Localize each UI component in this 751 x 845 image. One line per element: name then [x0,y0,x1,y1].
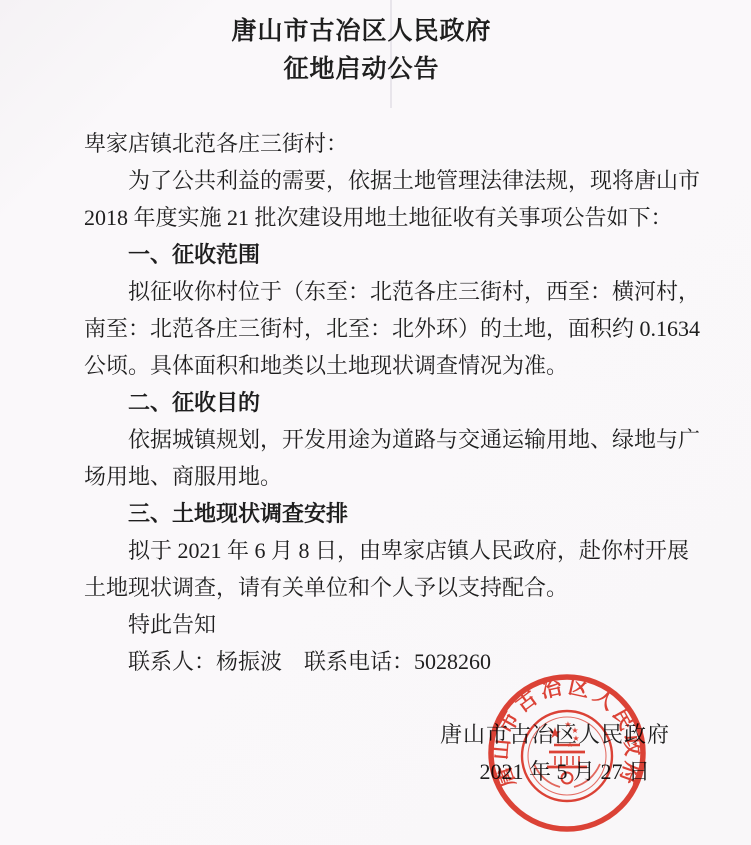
official-seal: ★ ★ ★ ★ ★ 唐山市古冶区人民政府 [482,668,652,838]
doc-line: 二、征收目的 [84,384,665,421]
emblem-big-star: ★ [548,724,561,742]
doc-line: 特此告知 [84,606,665,643]
doc-line: 依据城镇规划，开发用途为道路与交通运输用地、绿地与广 [84,421,665,458]
doc-line: 南至：北范各庄三街村，北至：北外环）的土地，面积约 0.1634 [84,310,665,347]
document-title: 唐山市古冶区人民政府 征地启动公告 [0,0,737,89]
document-page: 唐山市古冶区人民政府 征地启动公告 卑家店镇北范各庄三街村：为了公共利益的需要，… [0,0,751,845]
doc-line: 三、土地现状调查安排 [84,495,665,532]
doc-line: 一、征收范围 [84,236,665,273]
emblem-gate [534,745,600,787]
doc-line: 土地现状调查，请有关单位和个人予以支持配合。 [84,569,665,606]
emblem-small-star-3: ★ [572,734,579,743]
doc-line: 2018 年度实施 21 批次建设用地土地征收有关事项公告如下： [84,199,665,236]
emblem-small-star-4: ★ [567,741,573,749]
title-line-1: 唐山市古冶区人民政府 [0,13,737,51]
title-line-2: 征地启动公告 [0,51,737,89]
doc-line: 公顷。具体面积和地类以土地现状调查情况为准。 [84,347,665,384]
doc-line: 拟于 2021 年 6 月 8 日，由卑家店镇人民政府，赴你村开展 [84,532,665,569]
official-seal-graphic: ★ ★ ★ ★ ★ 唐山市古冶区人民政府 [482,668,652,838]
doc-line: 拟征收你村位于（东至：北范各庄三街村，西至：横河村， [84,273,665,310]
doc-line: 场用地、商服用地。 [84,458,665,495]
emblem-gear [562,773,573,784]
doc-line: 卑家店镇北范各庄三街村： [84,125,665,162]
document-body: 卑家店镇北范各庄三街村：为了公共利益的需要，依据土地管理法律法规，现将唐山市20… [84,125,665,680]
doc-line: 为了公共利益的需要，依据土地管理法律法规，现将唐山市 [84,162,665,199]
